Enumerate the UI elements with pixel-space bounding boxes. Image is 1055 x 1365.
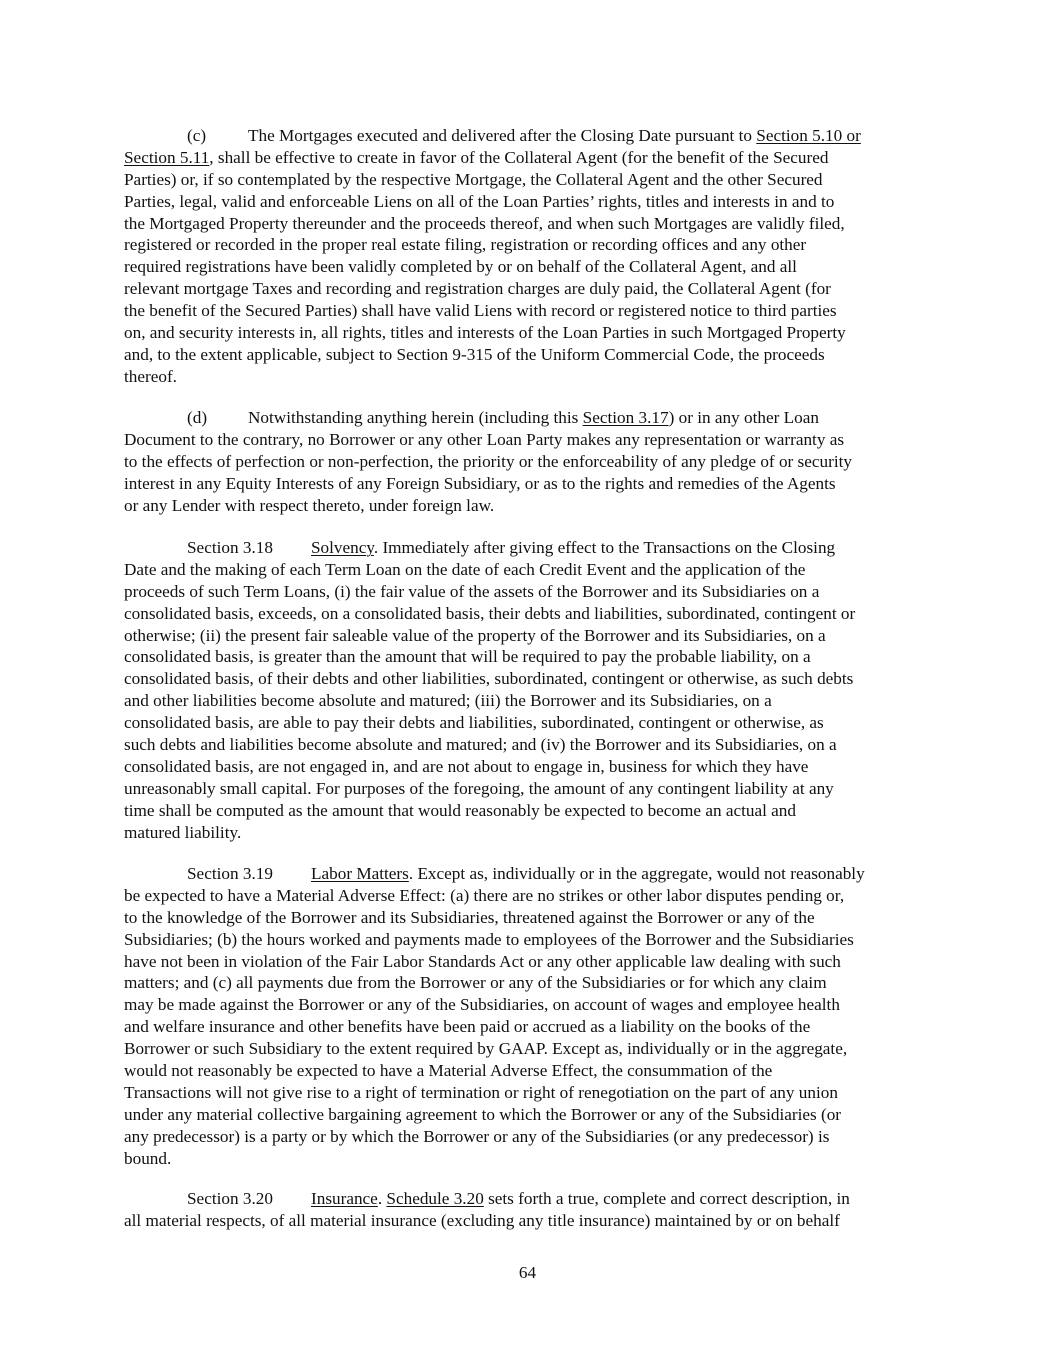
section-3-18-solvency: Section 3.18Solvency. Immediately after … bbox=[124, 537, 934, 843]
text-line: consolidated basis, are able to pay thei… bbox=[124, 712, 934, 734]
document-page: (c)The Mortgages executed and delivered … bbox=[0, 0, 1055, 1365]
text-line: bound. bbox=[124, 1148, 934, 1170]
text-line: such debts and liabilities become absolu… bbox=[124, 734, 934, 756]
text-line: thereof. bbox=[124, 366, 934, 388]
section-number: Section 3.18 bbox=[187, 537, 311, 559]
text-line: consolidated basis, exceeds, on a consol… bbox=[124, 603, 934, 625]
text-line: otherwise; (ii) the present fair saleabl… bbox=[124, 625, 934, 647]
text-line: any predecessor) is a party or by which … bbox=[124, 1126, 934, 1148]
text-line: unreasonably small capital. For purposes… bbox=[124, 778, 934, 800]
cross-reference-link: Section 5.11 bbox=[124, 148, 209, 167]
text-line: (c)The Mortgages executed and delivered … bbox=[124, 125, 934, 147]
text-line: time shall be computed as the amount tha… bbox=[124, 800, 934, 822]
text-line: or any Lender with respect thereto, unde… bbox=[124, 495, 934, 517]
text-line: Subsidiaries; (b) the hours worked and p… bbox=[124, 929, 934, 951]
text-line: Parties, legal, valid and enforceable Li… bbox=[124, 191, 934, 213]
subsection-marker: (d) bbox=[187, 407, 248, 429]
text-line: consolidated basis, are not engaged in, … bbox=[124, 756, 934, 778]
text-line: to the knowledge of the Borrower and its… bbox=[124, 907, 934, 929]
section-title: Solvency bbox=[311, 538, 374, 557]
text-line: relevant mortgage Taxes and recording an… bbox=[124, 278, 934, 300]
section-title: Insurance bbox=[311, 1189, 378, 1208]
cross-reference-link: Section 5.10 or bbox=[756, 126, 861, 145]
text-line: and other liabilities become absolute an… bbox=[124, 690, 934, 712]
text-line: Parties) or, if so contemplated by the r… bbox=[124, 169, 934, 191]
text-line: Section 3.18Solvency. Immediately after … bbox=[124, 537, 934, 559]
page-number: 64 bbox=[0, 1262, 1055, 1284]
cross-reference-link: Schedule 3.20 bbox=[386, 1189, 483, 1208]
section-title: Labor Matters bbox=[311, 864, 409, 883]
text-line: proceeds of such Term Loans, (i) the fai… bbox=[124, 581, 934, 603]
text-line: have not been in violation of the Fair L… bbox=[124, 951, 934, 973]
text-line: (d)Notwithstanding anything herein (incl… bbox=[124, 407, 934, 429]
paragraph-c: (c)The Mortgages executed and delivered … bbox=[124, 125, 934, 388]
text-line: Date and the making of each Term Loan on… bbox=[124, 559, 934, 581]
text-line: the benefit of the Secured Parties) shal… bbox=[124, 300, 934, 322]
text-line: interest in any Equity Interests of any … bbox=[124, 473, 934, 495]
subsection-marker: (c) bbox=[187, 125, 248, 147]
text-line: registered or recorded in the proper rea… bbox=[124, 234, 934, 256]
text-line: Section 5.11, shall be effective to crea… bbox=[124, 147, 934, 169]
text-line: Borrower or such Subsidiary to the exten… bbox=[124, 1038, 934, 1060]
section-3-20-insurance: Section 3.20Insurance. Schedule 3.20 set… bbox=[124, 1188, 934, 1232]
text-line: consolidated basis, is greater than the … bbox=[124, 646, 934, 668]
text-line: on, and security interests in, all right… bbox=[124, 322, 934, 344]
section-number: Section 3.19 bbox=[187, 863, 311, 885]
text-line: to the effects of perfection or non-perf… bbox=[124, 451, 934, 473]
text-line: and, to the extent applicable, subject t… bbox=[124, 344, 934, 366]
text-line: matters; and (c) all payments due from t… bbox=[124, 972, 934, 994]
text-line: may be made against the Borrower or any … bbox=[124, 994, 934, 1016]
text-line: would not reasonably be expected to have… bbox=[124, 1060, 934, 1082]
text-line: Section 3.19Labor Matters. Except as, in… bbox=[124, 863, 934, 885]
paragraph-d: (d)Notwithstanding anything herein (incl… bbox=[124, 407, 934, 516]
text-line: the Mortgaged Property thereunder and th… bbox=[124, 213, 934, 235]
text-line: matured liability. bbox=[124, 822, 934, 844]
cross-reference-link: Section 3.17 bbox=[583, 408, 669, 427]
text-line: Section 3.20Insurance. Schedule 3.20 set… bbox=[124, 1188, 934, 1210]
section-number: Section 3.20 bbox=[187, 1188, 311, 1210]
text-line: under any material collective bargaining… bbox=[124, 1104, 934, 1126]
text-line: Document to the contrary, no Borrower or… bbox=[124, 429, 934, 451]
text-line: consolidated basis, of their debts and o… bbox=[124, 668, 934, 690]
text-line: Transactions will not give rise to a rig… bbox=[124, 1082, 934, 1104]
text-line: and welfare insurance and other benefits… bbox=[124, 1016, 934, 1038]
text-line: all material respects, of all material i… bbox=[124, 1210, 934, 1232]
text-line: required registrations have been validly… bbox=[124, 256, 934, 278]
text-line: be expected to have a Material Adverse E… bbox=[124, 885, 934, 907]
section-3-19-labor-matters: Section 3.19Labor Matters. Except as, in… bbox=[124, 863, 934, 1169]
